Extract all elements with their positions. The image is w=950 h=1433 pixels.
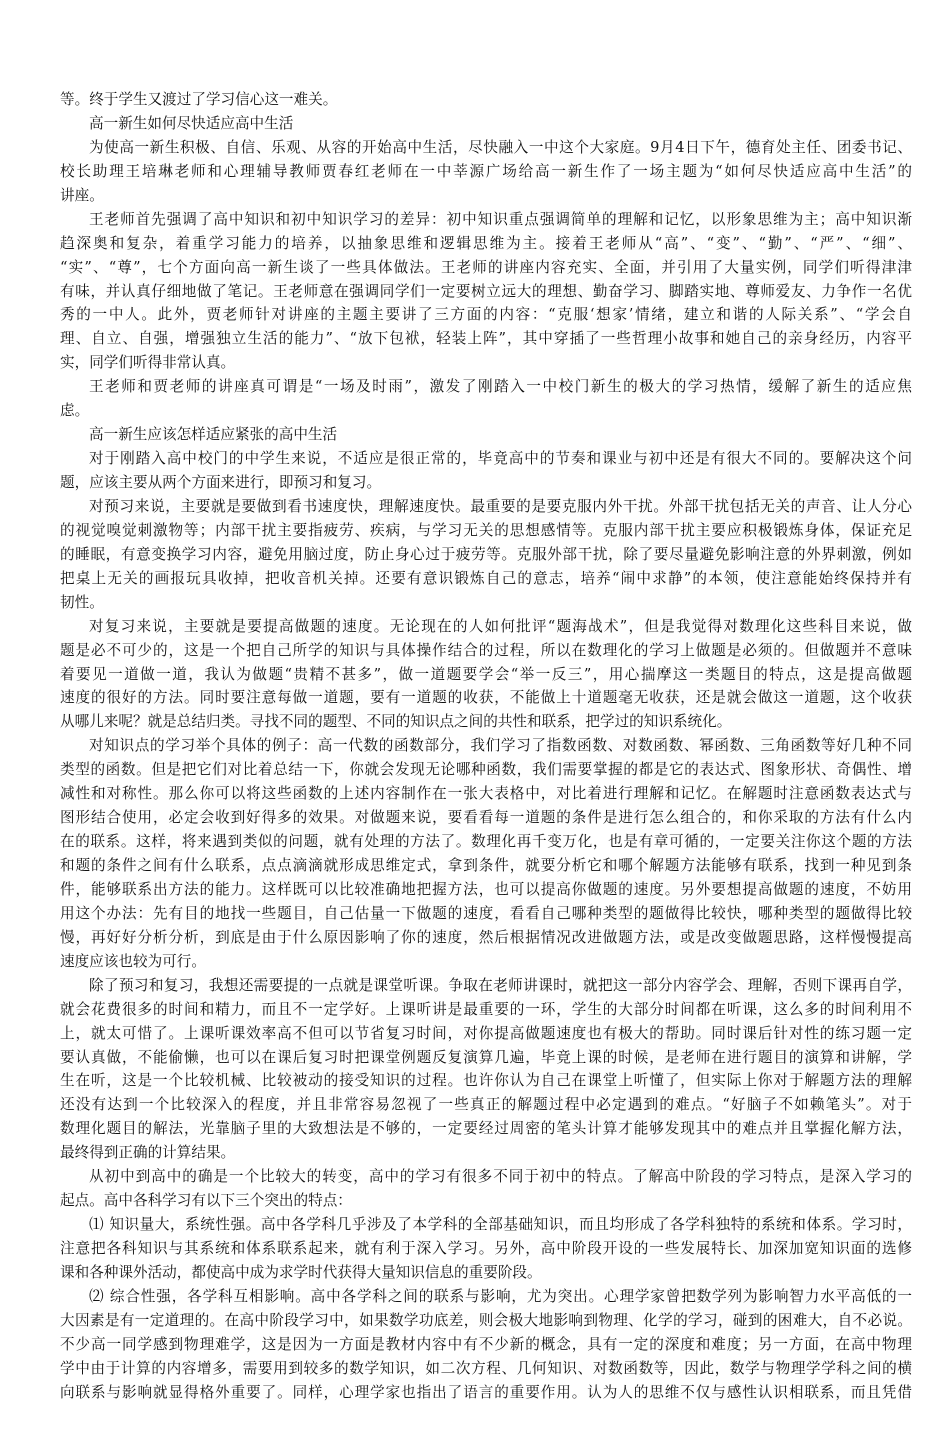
text-line: 速度应该也较为可行。 (60, 950, 912, 974)
text-line: 的睡眠，有意变换学习内容，避免用脑过度，防止身心过于疲劳等。克服外部干扰，除了要… (60, 543, 912, 567)
text-line: ⑵ 综合性强，各学科互相影响。高中各学科之间的联系与影响，尤为突出。心理学家曾把… (60, 1285, 912, 1309)
text-line: 生在听，这是一个比较机械、比较被动的接受知识的过程。也许你认为自己在课堂上听懂了… (60, 1069, 912, 1093)
text-line: 王老师和贾老师的讲座真可谓是“一场及时雨”，激发了刚踏入一中校门新生的极大的学习… (60, 375, 912, 399)
text-line: 起点。高中各科学习有以下三个突出的特点： (60, 1189, 912, 1213)
text-line: 题，应该主要从两个方面来进行，即预习和复习。 (60, 471, 912, 495)
text-line: 要认真做，不能偷懒，也可以在课后复习时把课堂例题反复演算几遍，毕竟上课的时候，是… (60, 1046, 912, 1070)
text-line: 对复习来说，主要就是要提高做题的速度。无论现在的人如何批评“题海战术”，但是我觉… (60, 615, 912, 639)
text-line: 从哪儿来呢？就是总结归类。寻找不同的题型、不同的知识点之间的共性和联系，把学过的… (60, 710, 912, 734)
text-line: 着要见一道做一道，我认为做题“贵精不甚多”，做一道题要学会“举一反三”，用心揣摩… (60, 663, 912, 687)
text-line: 王老师首先强调了高中知识和初中知识学习的差异：初中知识重点强调简单的理解和记忆，… (60, 208, 912, 232)
text-line: 把桌上无关的画报玩具收掉，把收音机关掉。还要有意识锻炼自己的意志，培养“闹中求静… (60, 567, 912, 591)
text-line: 上，就太可惜了。上课听课效率高不但可以节省复习时间，对你提高做题速度也有极大的帮… (60, 1022, 912, 1046)
text-line: 大因素是有一定道理的。在高中阶段学习中，如果数学功底差，则会极大地影响到物理、化… (60, 1309, 912, 1333)
text-line: 速度的很好的方法。同时要注意每做一道题，要有一道题的收获，不能做上十道题毫无收获… (60, 686, 912, 710)
text-line: 为使高一新生积极、自信、乐观、从容的开始高中生活，尽快融入一中这个大家庭。9月4… (60, 136, 912, 160)
section-heading: 高一新生如何尽快适应高中生活 (60, 112, 912, 136)
text-line: 图形结合使用，必定会收到好得多的效果。对做题来说，要看看每一道题的条件是进行怎么… (60, 806, 912, 830)
text-line: 秀的一中人。此外，贾老师针对讲座的主题主要讲了三方面的内容：“克服‘想家’情绪，… (60, 303, 912, 327)
text-line: 件，能够联系出方法的能力。这样既可以比较准确地把握方法，也可以提高你做题的速度。… (60, 878, 912, 902)
text-line: 的视觉嗅觉刺激物等；内部干扰主要指疲劳、疾病，与学习无关的思想感情等。克服内部干… (60, 519, 912, 543)
text-line: 用这个办法：先有目的地找一些题目，自己估量一下做题的速度，看看自己哪种类型的题做… (60, 902, 912, 926)
text-line: “实”、“尊”，七个方面向高一新生谈了一些具体做法。王老师的讲座内容充实、全面，… (60, 256, 912, 280)
text-line: 题是必不可少的，这是一个把自己所学的知识与具体操作结合的过程，所以在数理化的学习… (60, 639, 912, 663)
document-page: 等。终于学生又渡过了学习信心这一难关。高一新生如何尽快适应高中生活为使高一新生积… (0, 0, 950, 1433)
text-line: 对预习来说，主要就是要做到看书速度快，理解速度快。最重要的是要克服内外干扰。外部… (60, 495, 912, 519)
text-line: 有味，并认真仔细地做了笔记。王老师意在强调同学们一定要树立远大的理想、勤奋学习、… (60, 280, 912, 304)
text-line: 实，同学们听得非常认真。 (60, 351, 912, 375)
text-line: 趋深奥和复杂，着重学习能力的培养，以抽象思维和逻辑思维为主。接着王老师从“高”、… (60, 232, 912, 256)
text-line: 除了预习和复习，我想还需要提的一点就是课堂听课。争取在老师讲课时，就把这一部分内… (60, 974, 912, 998)
text-line: 注意把各科知识与其系统和体系联系起来，就有利于深入学习。另外，高中阶段开设的一些… (60, 1237, 912, 1261)
text-line: 和题的条件之间有什么联系，点点滴滴就形成思维定式，拿到条件，就要分析它和哪个解题… (60, 854, 912, 878)
text-line: 对知识点的学习举个具体的例子：高一代数的函数部分，我们学习了指数函数、对数函数、… (60, 734, 912, 758)
text-line: 类型的函数。但是把它们对比着总结一下，你就会发现无论哪种函数，我们需要掌握的都是… (60, 758, 912, 782)
text-line: 校长助理王培琳老师和心理辅导教师贾春红老师在一中莘源广场给高一新生作了一场主题为… (60, 160, 912, 184)
text-line: 虑。 (60, 399, 912, 423)
text-line: 数理化题目的解法，光靠脑子里的大致想法是不够的，一定要经过周密的笔头计算才能够发… (60, 1117, 912, 1141)
text-line: 不少高一同学感到物理难学，这是因为一方面是教材内容中有不少新的概念，具有一定的深… (60, 1333, 912, 1357)
text-line: 韧性。 (60, 591, 912, 615)
text-line: 在的联系。这样，将来遇到类似的问题，就有处理的方法了。数理化再千变万化，也是有章… (60, 830, 912, 854)
document-body: 等。终于学生又渡过了学习信心这一难关。高一新生如何尽快适应高中生活为使高一新生积… (60, 88, 912, 1405)
text-line: 等。终于学生又渡过了学习信心这一难关。 (60, 88, 912, 112)
text-line: 对于刚踏入高中校门的中学生来说，不适应是很正常的，毕竟高中的节奏和课业与初中还是… (60, 447, 912, 471)
text-line: 就会花费很多的时间和精力，而且不一定学好。上课听讲是最重要的一环，学生的大部分时… (60, 998, 912, 1022)
text-line: 最终得到正确的计算结果。 (60, 1141, 912, 1165)
text-line: ⑴ 知识量大，系统性强。高中各学科几乎涉及了本学科的全部基础知识，而且均形成了各… (60, 1213, 912, 1237)
text-line: 学中由于计算的内容增多，需要用到较多的数学知识，如二次方程、几何知识、对数函数等… (60, 1357, 912, 1381)
text-line: 课和各种课外活动，都使高中成为求学时代获得大量知识信息的重要阶段。 (60, 1261, 912, 1285)
text-line: 讲座。 (60, 184, 912, 208)
text-line: 理、自立、自强，增强独立生活的能力”、“放下包袱，轻装上阵”，其中穿插了一些哲理… (60, 327, 912, 351)
text-line: 从初中到高中的确是一个比较大的转变，高中的学习有很多不同于初中的特点。了解高中阶… (60, 1165, 912, 1189)
text-line: 还没有达到一个比较深入的程度，并且非常容易忽视了一些真正的解题过程中必定遇到的难… (60, 1093, 912, 1117)
text-line: 慢，再好好分析分析，到底是由于什么原因影响了你的速度，然后根据情况改进做题方法，… (60, 926, 912, 950)
section-heading: 高一新生应该怎样适应紧张的高中生活 (60, 423, 912, 447)
text-line: 向联系与影响就显得格外重要了。同样，心理学家也指出了语言的重要作用。认为人的思维… (60, 1381, 912, 1405)
text-line: 减性和对称性。那么你可以将这些函数的上述内容制作在一张大表格中，对比着进行理解和… (60, 782, 912, 806)
